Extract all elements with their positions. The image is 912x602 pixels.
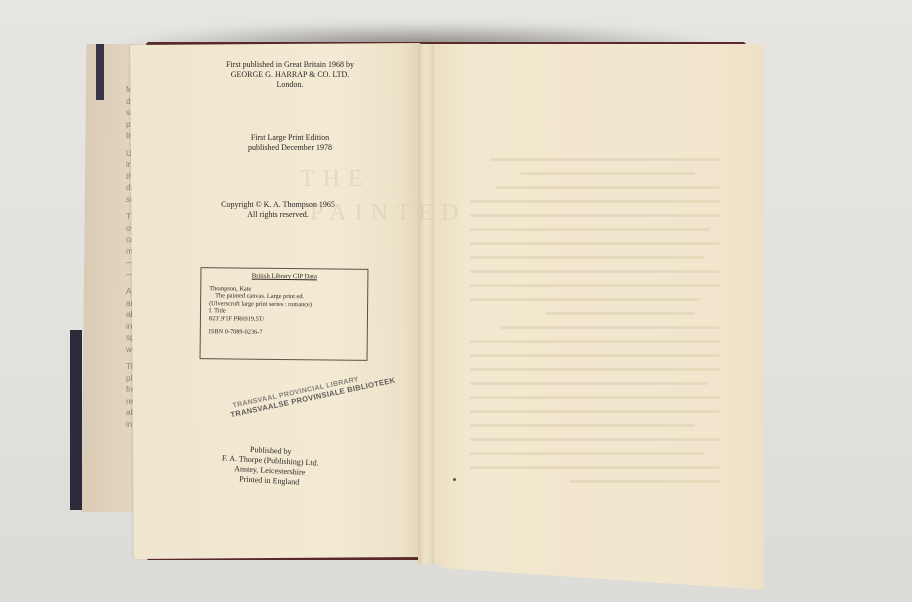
jacket-spine-edge-bottom <box>70 330 82 510</box>
publisher-name-line: GEORGE G. HARRAP & CO. LTD. <box>180 70 400 80</box>
first-published-line: First published in Great Britain 1968 by <box>180 60 400 70</box>
right-page-show-through-lines <box>470 158 720 494</box>
copyright-block: Copyright © K. A. Thompson 1965 All righ… <box>168 200 388 220</box>
rights-line: All rights reserved. <box>168 210 388 220</box>
show-through-title-1: THE <box>300 166 371 193</box>
cip-classification: 823'.9'1F PR6919.5T/ <box>209 315 359 324</box>
jacket-spine-edge-top <box>96 44 104 100</box>
edition-block: First Large Print Edition published Dece… <box>180 133 400 153</box>
publisher-city-line: London. <box>180 80 400 90</box>
copyright-line: Copyright © K. A. Thompson 1965 <box>168 200 388 210</box>
cip-isbn: ISBN 0-7089-0236-7 <box>209 328 359 337</box>
book-gutter <box>418 44 436 564</box>
page-speck <box>453 478 456 481</box>
cip-data-box: British Library CIP Data Thompson, Kate … <box>200 267 369 361</box>
cip-header: British Library CIP Data <box>209 272 359 281</box>
edition-line: First Large Print Edition <box>180 133 400 143</box>
first-published-block: First published in Great Britain 1968 by… <box>180 60 400 90</box>
edition-date-line: published December 1978 <box>180 143 400 153</box>
